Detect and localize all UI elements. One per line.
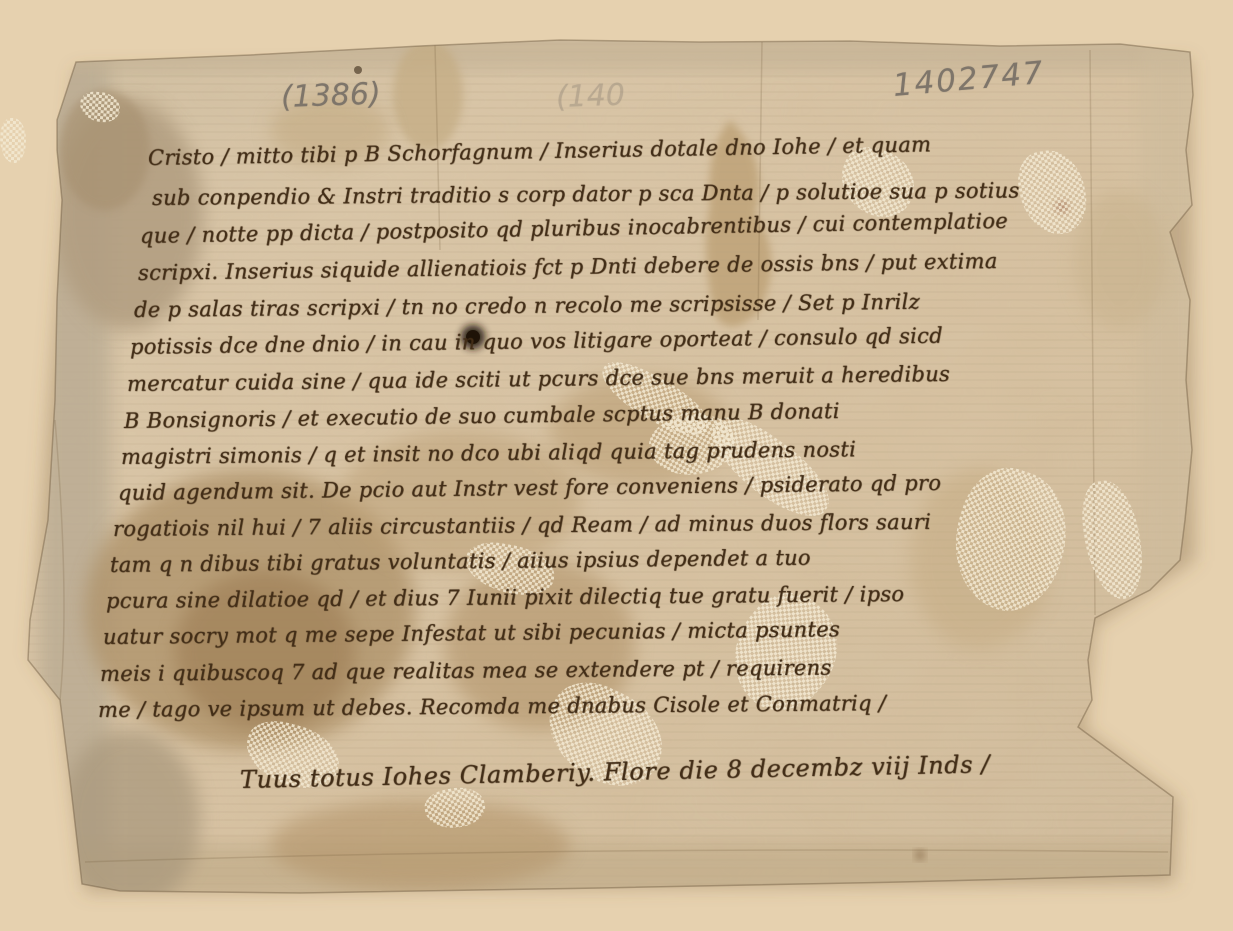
pencil-faint-annotation: (140 [555,78,625,115]
pencil-year-annotation: (1386) [280,77,381,115]
manuscript-photograph: (1386) (140 1402747 Cristo / mitto tibi … [0,0,1233,931]
